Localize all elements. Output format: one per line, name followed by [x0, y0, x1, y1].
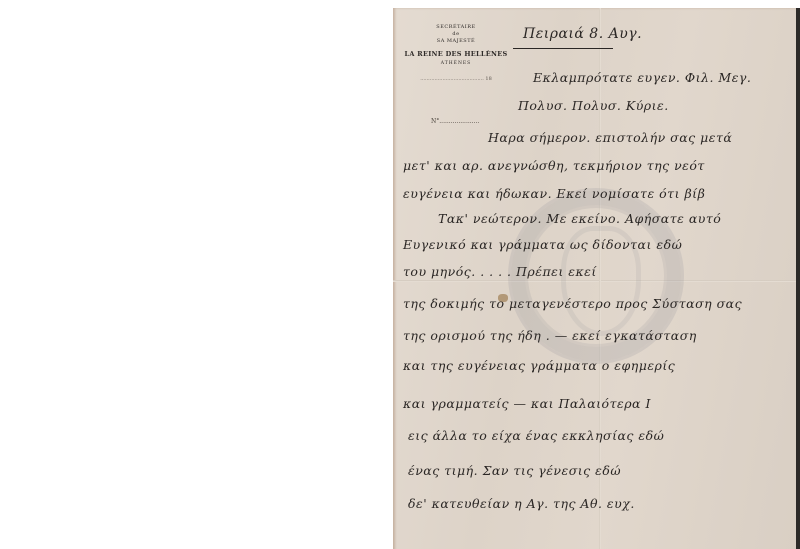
salutation-line: Εκλαμπρότατε ευγεν. Φιλ. Μεγ.: [533, 70, 751, 85]
salutation-line: Πολυσ. Πολυσ. Κύριε.: [518, 98, 669, 113]
body-line: της δοκιμής το μεταγενέστερο προς Σύστασ…: [403, 296, 742, 311]
body-line: εις άλλα το είχα ένας εκκλησίας εδώ: [408, 428, 664, 443]
letterhead: SECRÉTAIRE de SA MAJESTÉ LA REINE DES HE…: [401, 24, 511, 84]
letter-page: SECRÉTAIRE de SA MAJESTÉ LA REINE DES HE…: [393, 8, 796, 549]
letterhead-number: N°.....................: [431, 118, 479, 125]
body-line: και της ευγένειας γράμματα ο εφημερίς: [403, 358, 675, 373]
body-line: δε' κατευθείαν η Αγ. της Αθ. ευχ.: [408, 496, 635, 511]
scan-edge: [796, 8, 800, 549]
body-line: Ευγενικό και γράμματα ως δίδονται εδώ: [403, 237, 682, 252]
body-line: του μηνός. . . . . Πρέπει εκεί: [403, 264, 597, 279]
letterhead-date-line: ........................................…: [401, 74, 511, 84]
body-line: ένας τιμή. Σαν τις γένεσις εδώ: [408, 463, 621, 478]
letterhead-title: LA REINE DES HELLÈNES: [401, 49, 511, 60]
letterhead-line1: SECRÉTAIRE: [401, 24, 511, 31]
letter-heading: Πειραιά 8. Αυγ.: [523, 26, 642, 42]
body-line: Τακ' νεώτερον. Με εκείνο. Αφήσατε αυτό: [438, 211, 721, 226]
body-line: και γραμματείς — και Παλαιότερα I: [403, 396, 651, 411]
body-line: Ηαρα σήμερον. επιστολήν σας μετά: [488, 130, 732, 145]
body-line: ευγένεια και ήδωκαν. Εκεί νομίσατε ότι β…: [403, 186, 705, 201]
body-line: της ορισμού της ήδη . — εκεί εγκατάσταση: [403, 328, 697, 343]
letterhead-city: ATHÈNES: [401, 60, 511, 68]
heading-underline: [513, 48, 613, 49]
body-line: μετ' και αρ. ανεγνώσθη, τεκμήριον της νε…: [403, 158, 705, 173]
letterhead-line2: de: [401, 31, 511, 38]
letterhead-line3: SA MAJESTÉ: [401, 38, 511, 45]
